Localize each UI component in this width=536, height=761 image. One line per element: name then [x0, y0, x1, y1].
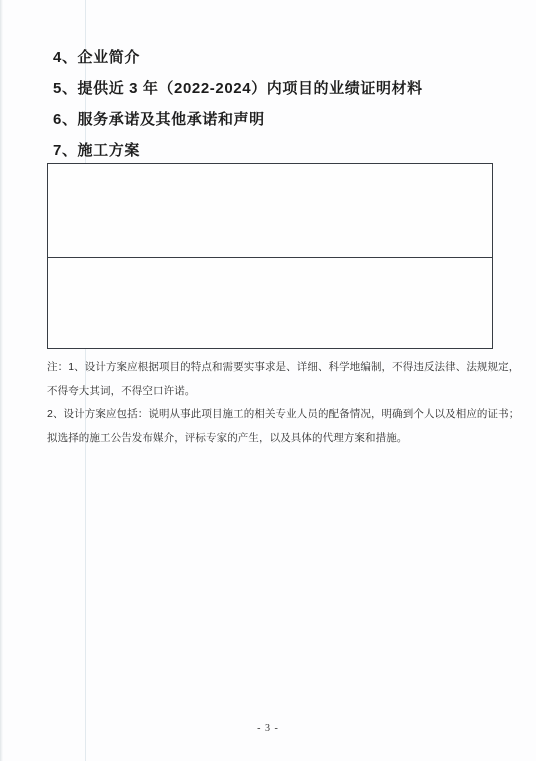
note-line-2: 不得夸大其词，不得空口许诺。 — [47, 380, 513, 404]
numbered-list: 4、企业简介 5、提供近 3 年（2022-2024）内项目的业绩证明材料 6、… — [53, 42, 513, 166]
note-line-3: 2、设计方案应包括：说明从事此项目施工的相关专业人员的配备情况，明确到个人以及相… — [47, 403, 513, 427]
scan-edge-artifact — [0, 0, 3, 761]
construction-plan-table — [47, 163, 493, 349]
list-item-7-construction-plan: 7、施工方案 — [53, 135, 513, 166]
plan-table-cell-bottom — [48, 258, 492, 347]
notes-section: 注：1、设计方案应根据项目的特点和需要实事求是、详细、科学地编制，不得违反法律、… — [47, 356, 513, 450]
document-page: 4、企业简介 5、提供近 3 年（2022-2024）内项目的业绩证明材料 6、… — [0, 0, 536, 761]
note-line-4: 拟选择的施工公告发布媒介，评标专家的产生，以及具体的代理方案和措施。 — [47, 427, 513, 451]
list-item-6-service-commitment: 6、服务承诺及其他承诺和声明 — [53, 104, 513, 135]
plan-table-cell-top — [48, 164, 492, 258]
list-item-5-performance-materials: 5、提供近 3 年（2022-2024）内项目的业绩证明材料 — [53, 73, 513, 104]
list-item-4-company-profile: 4、企业简介 — [53, 42, 513, 73]
page-number: - 3 - — [0, 723, 536, 734]
note-line-1: 注：1、设计方案应根据项目的特点和需要实事求是、详细、科学地编制，不得违反法律、… — [47, 356, 513, 380]
